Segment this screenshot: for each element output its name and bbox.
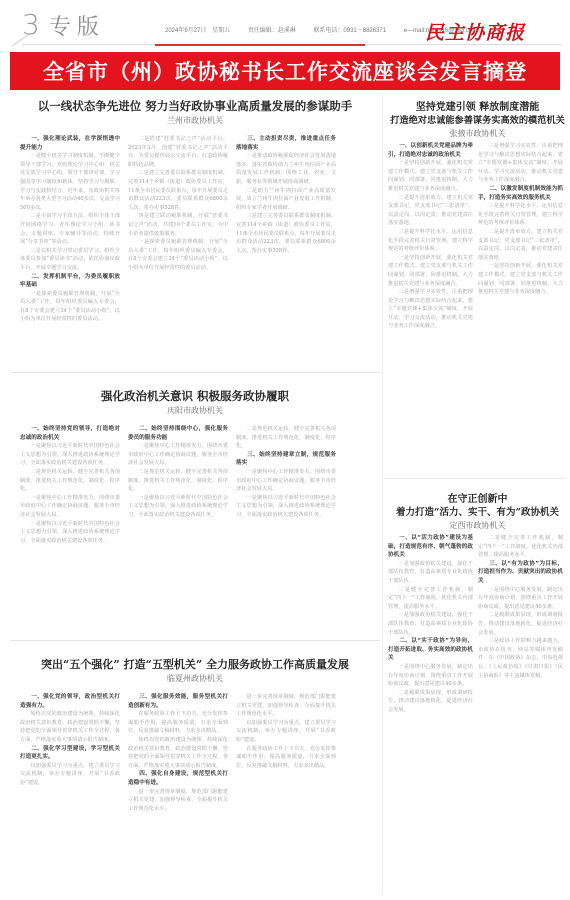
- article-column: 三是增强学习实效性。注重把理论学习与解决思想实际结合起来，建立“专题党课+集体交…: [478, 142, 563, 462]
- contact-phone: 联系电话：0931－8826371: [313, 28, 386, 34]
- section-heading: 三、始终坚持建章立制，规范服务落实: [236, 451, 336, 468]
- article-title-linxia[interactable]: 突出“五个强化” 打造“五型机关” 全力服务政协工作高质量发展: [10, 656, 380, 672]
- article-title-dingxi-line1[interactable]: 在守正创新中: [385, 490, 570, 505]
- section-heading: 一、强化党的领导，政治型机关打造强有力。: [20, 693, 120, 710]
- page-section-label: 3专版: [22, 10, 105, 43]
- article-column: 一、强化理论武装，在学深悟透中提升能力 一是健全机关学习制度机制。不断健全领导干…: [20, 135, 120, 330]
- article-divider: [10, 640, 380, 641]
- section-heading: 二、发挥机制平台，为委员履职放牢基础: [20, 273, 120, 290]
- byline-dingxi: 定西市政协机关: [385, 520, 570, 531]
- article-column: 进一步完善规章制度，规范部门职能建立机关党建，加强督导检查，全面提升机关工作规范…: [236, 693, 336, 893]
- section-heading: 一、以创新机关党建品牌为牵引，打造绝对忠诚的政治机关: [388, 142, 473, 159]
- section-heading: 一、始终坚持党的领导，打造绝对忠诚的政治机关: [20, 425, 120, 442]
- byline-qingyang: 庆阳市政协机关: [10, 405, 380, 416]
- article-title-lanzhou[interactable]: 以一线状态争先进位 努力当好政协事业高质量发展的参谋助手: [10, 98, 380, 114]
- byline-linxia: 临夏州政协机关: [10, 673, 380, 684]
- section-heading: 一、强化理论武装，在学深悟透中提升能力: [20, 135, 120, 152]
- section-heading: 二、以激发制度机制效能为抓手，打造务实高效的服务机关: [478, 185, 563, 202]
- article-divider: [385, 478, 565, 479]
- section-heading: 三、以“有为政协”为目标，打造担当作为、贡献突出的政协机关: [478, 560, 563, 586]
- article-column: 一、以“活力政协”建设为基础，打造规范有序、朝气蓬勃的政协机关 一是加强政协机关…: [388, 534, 473, 894]
- section-heading: 三、强化服务效能，服务型机关打造创新有为。: [128, 693, 228, 710]
- banner-title: 全省市（州）政协秘书长工作交流座谈会发言摘登: [43, 56, 527, 86]
- editor: 责任编辑：赵溪琳: [248, 28, 296, 34]
- section-heading: 二、以“实干政协”为导向，打造开拓进取、务实高效的政协机关: [388, 637, 473, 663]
- byline-zhangye: 张掖市政协机关: [385, 128, 570, 139]
- article-column: 三、强化服务效能，服务型机关打造创新有为。 在服务政协工作上下功夫，充分发挥参谋…: [128, 693, 228, 893]
- header-accent-rule: [155, 44, 365, 46]
- article-column: 一、强化党的领导，政治型机关打造强有力。 始终以党的政治建设为统领，持续深化政治…: [20, 693, 120, 893]
- article-title-zhangye-line1[interactable]: 坚持党建引领 释放制度潜能: [385, 98, 570, 113]
- article-title-qingyang[interactable]: 强化政治机关意识 积极服务政协履职: [10, 388, 380, 404]
- article-title-dingxi-line2[interactable]: 着力打造“活力、实干、有为”政协机关: [385, 504, 570, 518]
- article-column: 二、始终坚持围绕中心，强化服务委员的服务功能 一是聚焦中心工作精准发力。围绕市委…: [128, 425, 228, 625]
- article-column: 三、主动担责尽责，推进重点任务落地落实 一是推动政协履职促经济社会发展落地落实。…: [236, 135, 336, 330]
- article-column: 二是搭建“营委书记之声”活动平台。2023年3月，创建“营委书记之声”活动平台，…: [128, 135, 228, 330]
- article-column: 二是健全完善工作机制，制定“四个一”工作制度，优化机关内部管理，提高服务水平。 …: [478, 534, 563, 894]
- article-divider: [10, 372, 380, 373]
- article-column: 二是规范机关运转。健全完善机关各项制度，推进机关工作规范化、制度化、程序化。 三…: [236, 425, 336, 625]
- article-column: 一、以创新机关党建品牌为牵引，打造绝对忠诚的政治机关 一是坚持创新开展，强化机关…: [388, 142, 473, 462]
- section-heading: 三、主动担责尽责，推进重点任务落地落实: [236, 135, 336, 152]
- column-divider: [382, 95, 383, 895]
- article-title-zhangye-line2[interactable]: 打造绝对忠诚能参善谋务实高效的模范机关: [385, 112, 570, 126]
- newspaper-logo: 民主协商报: [425, 18, 525, 45]
- article-column: 一、始终坚持党的领导，打造绝对忠诚的政治机关 一是聚焦以习近平新时代中国特色社会…: [20, 425, 120, 625]
- section-heading: 二、强化学习型建设，学习型机关打造更扎实。: [20, 745, 120, 762]
- issue-date: 2024年9月27日 星期五: [165, 28, 230, 34]
- byline-lanzhou: 兰州市政协机关: [10, 115, 380, 126]
- page-banner: 全省市（州）政协秘书长工作交流座谈会发言摘登: [10, 52, 560, 90]
- section-heading: 四、强化自身建设，规范型机关打造稳中有进。: [128, 770, 228, 787]
- section-heading: 二、始终坚持围绕中心，强化服务委员的服务功能: [128, 425, 228, 442]
- masthead: 3专版 2024年9月27日 星期五 责任编辑：赵溪琳 联系电话：0931－88…: [0, 0, 570, 52]
- section-heading: 一、以“活力政协”建设为基础，打造规范有序、朝气蓬勃的政协机关: [388, 534, 473, 560]
- section-name: 专版: [49, 15, 105, 40]
